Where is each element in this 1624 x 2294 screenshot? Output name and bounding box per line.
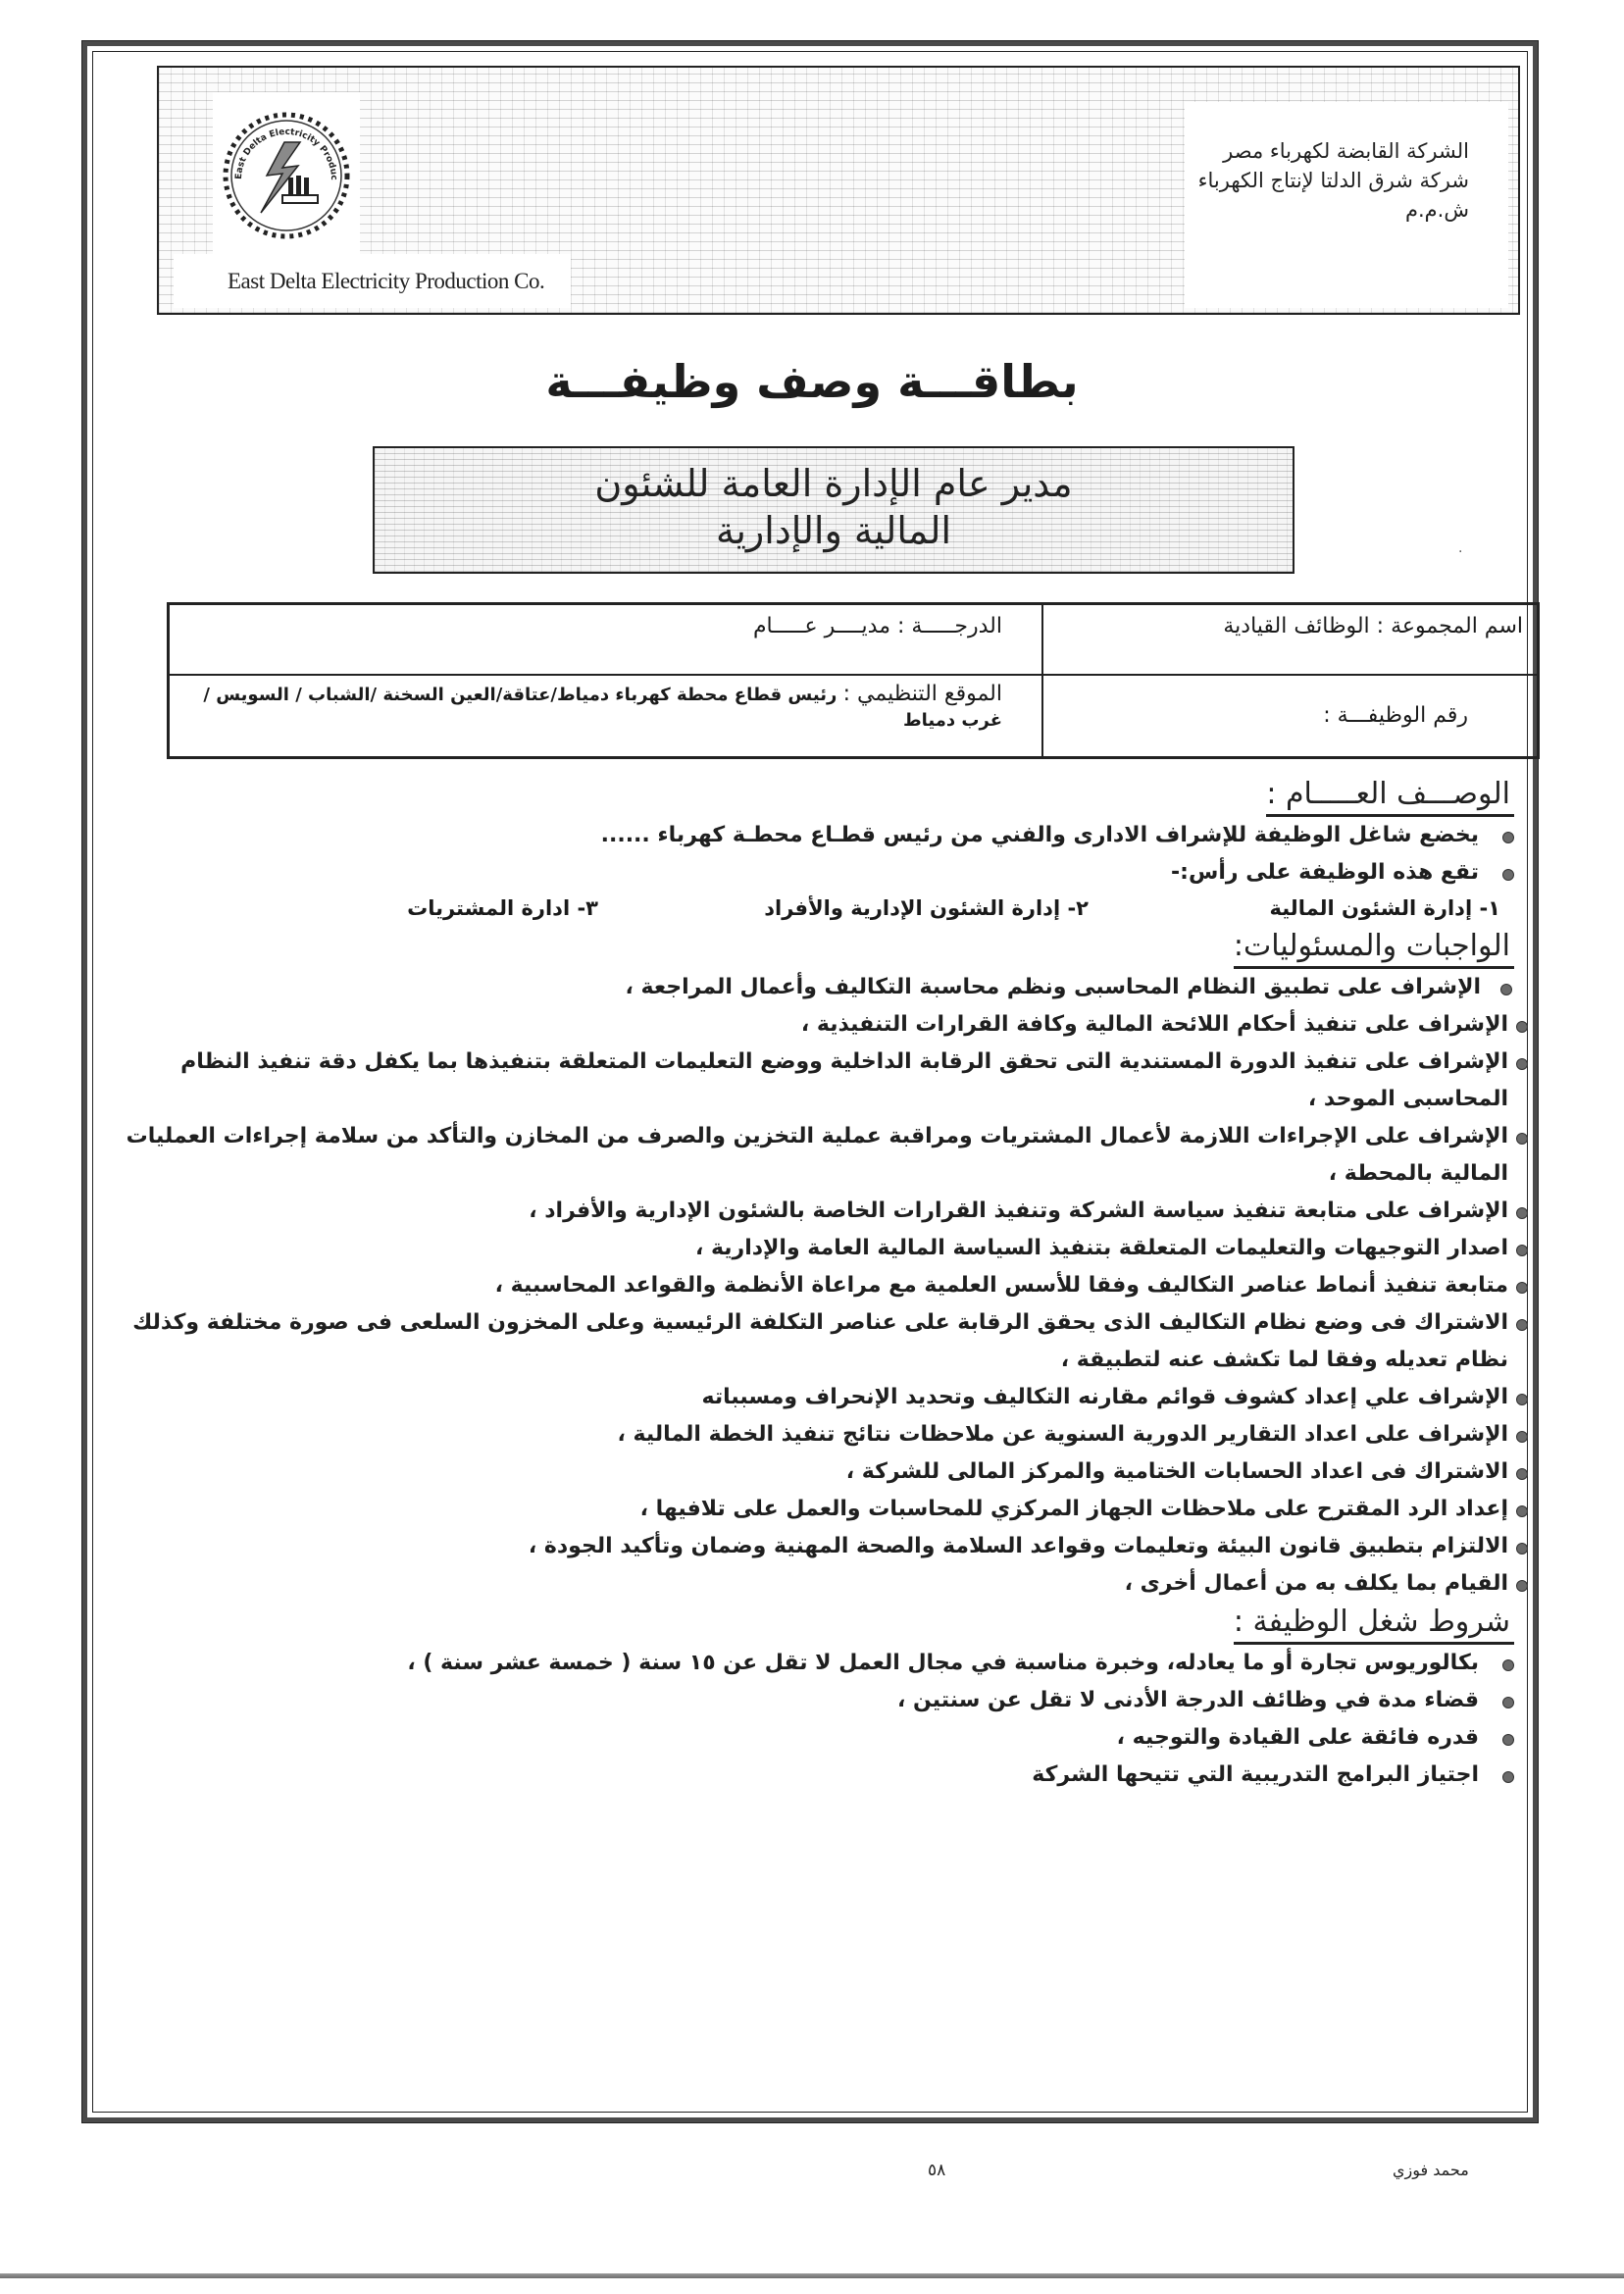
company-name-en: East Delta Electricity Production Co.: [228, 269, 544, 294]
company-type: ش.م.م: [1185, 195, 1469, 225]
group-value: الوظائف القيادية: [1223, 614, 1369, 638]
list-item: متابعة تنفيذ أنماط عناصر التكاليف وفقا ل…: [118, 1267, 1530, 1304]
job-title-line-2: المالية والإدارية: [375, 507, 1293, 554]
job-number-label: رقم الوظيفـــة :: [1323, 702, 1468, 730]
lightning-factory-gear-logo-icon: East Delta Electricity Production Co.: [218, 107, 355, 244]
list-item: بكالوريوس تجارة أو ما يعادله، وخبرة مناس…: [118, 1645, 1530, 1682]
departments-list: ١- إدارة الشئون المالية ٢- إدارة الشئون …: [118, 892, 1500, 925]
duties-section: الواجبات والمسئوليات: الإشراف على تطبيق …: [118, 927, 1530, 1603]
list-item: يخضع شاغل الوظيفة للإشراف الادارى والفني…: [118, 817, 1530, 854]
list-item: الإشراف على تنفيذ أحكام اللائحة المالية …: [118, 1006, 1530, 1044]
list-item: قدره فائقة على القيادة والتوجيه ،: [118, 1719, 1530, 1757]
requirements-section: شروط شغل الوظيفة : بكالوريوس تجارة أو ما…: [118, 1603, 1530, 1794]
grade-cell: الدرجـــــة : مديــــر عـــــام: [170, 605, 1041, 676]
list-item: الالتزام بتطبيق قانون البيئة وتعليمات وق…: [118, 1528, 1530, 1565]
job-info-table: اسم المجموعة : الوظائف القيادية الدرجـــ…: [167, 602, 1540, 759]
duties-list: الإشراف على تطبيق النظام المحاسبى ونظم م…: [118, 969, 1530, 1603]
department-item: ٢- إدارة الشئون الإدارية والأفراد: [598, 892, 1089, 925]
holding-company-name: الشركة القابضة لكهرباء مصر: [1185, 136, 1469, 166]
job-title-box: مدير عام الإدارة العامة للشئون المالية و…: [373, 446, 1294, 574]
company-name-ar: شركة شرق الدلتا لإنتاج الكهرباء: [1185, 166, 1469, 195]
list-item: الإشراف على تطبيق النظام المحاسبى ونظم م…: [118, 969, 1530, 1006]
list-item: تقع هذه الوظيفة على رأس:-: [118, 854, 1530, 892]
grade-value: مديــــر عـــــام: [753, 614, 890, 638]
list-item: الاشتراك فى اعداد الحسابات الختامية والم…: [118, 1453, 1530, 1491]
group-cell: اسم المجموعة : الوظائف القيادية: [1041, 605, 1537, 676]
list-item: قضاء مدة في وظائف الدرجة الأدنى لا تقل ع…: [118, 1682, 1530, 1719]
requirements-list: بكالوريوس تجارة أو ما يعادله، وخبرة مناس…: [118, 1645, 1530, 1794]
general-description-list: يخضع شاغل الوظيفة للإشراف الادارى والفني…: [118, 817, 1530, 892]
list-item: الاشتراك فى وضع نظام التكاليف الذى يحقق …: [118, 1304, 1530, 1379]
general-description-section: الوصـــف العـــــام : يخضع شاغل الوظيفة …: [118, 775, 1530, 925]
grade-label: الدرجـــــة :: [897, 614, 1002, 638]
org-location-label: الموقع التنظيمي :: [843, 682, 1002, 706]
requirements-heading: شروط شغل الوظيفة :: [1234, 1603, 1514, 1645]
group-label: اسم المجموعة :: [1377, 614, 1523, 638]
list-item: القيام بما يكلف به من أعمال أخرى ،: [118, 1565, 1530, 1603]
company-logo: East Delta Electricity Production Co.: [213, 92, 360, 259]
list-item: اصدار التوجيهات والتعليمات المتعلقة بتنف…: [118, 1230, 1530, 1267]
list-item: إعداد الرد المقترح على ملاحظات الجهاز ال…: [118, 1491, 1530, 1528]
company-name-en-box: East Delta Electricity Production Co.: [174, 254, 571, 308]
document-body: الوصـــف العـــــام : يخضع شاغل الوظيفة …: [118, 775, 1530, 1794]
company-name-ar-box: الشركة القابضة لكهرباء مصر شركة شرق الدل…: [1185, 102, 1508, 308]
author-name: محمد فوزي: [1393, 2161, 1469, 2179]
department-item: ٣- ادارة المشتريات: [304, 892, 598, 925]
list-item: اجتياز البرامج التدريبية التي تتيحها الش…: [118, 1757, 1530, 1794]
scan-edge-line: [0, 2273, 1624, 2278]
job-title-line-1: مدير عام الإدارة العامة للشئون: [375, 460, 1293, 507]
duties-heading: الواجبات والمسئوليات:: [1234, 927, 1514, 969]
department-item: ١- إدارة الشئون المالية: [1089, 892, 1500, 925]
list-item: الإشراف على متابعة تنفيذ سياسة الشركة وت…: [118, 1193, 1530, 1230]
list-item: الإشراف على الإجراءات اللازمة لأعمال الم…: [118, 1118, 1530, 1193]
document-title: بطاقـــة وصف وظيفـــة: [0, 355, 1624, 408]
list-item: الإشراف علي إعداد كشوف قوائم مقارنه التك…: [118, 1379, 1530, 1416]
page-number: ٥٨: [928, 2161, 945, 2180]
job-number-cell: رقم الوظيفـــة :: [1041, 676, 1537, 756]
list-item: الإشراف على تنفيذ الدورة المستندية التى …: [118, 1044, 1530, 1118]
list-item: الإشراف على اعداد التقارير الدورية السنو…: [118, 1416, 1530, 1453]
margin-mark: ·: [1458, 544, 1462, 560]
org-location-cell: الموقع التنظيمي : رئيس قطاع محطة كهرباء …: [170, 676, 1041, 756]
general-description-heading: الوصـــف العـــــام :: [1266, 775, 1514, 817]
letterhead: East Delta Electricity Production Co. Ea…: [157, 66, 1520, 315]
